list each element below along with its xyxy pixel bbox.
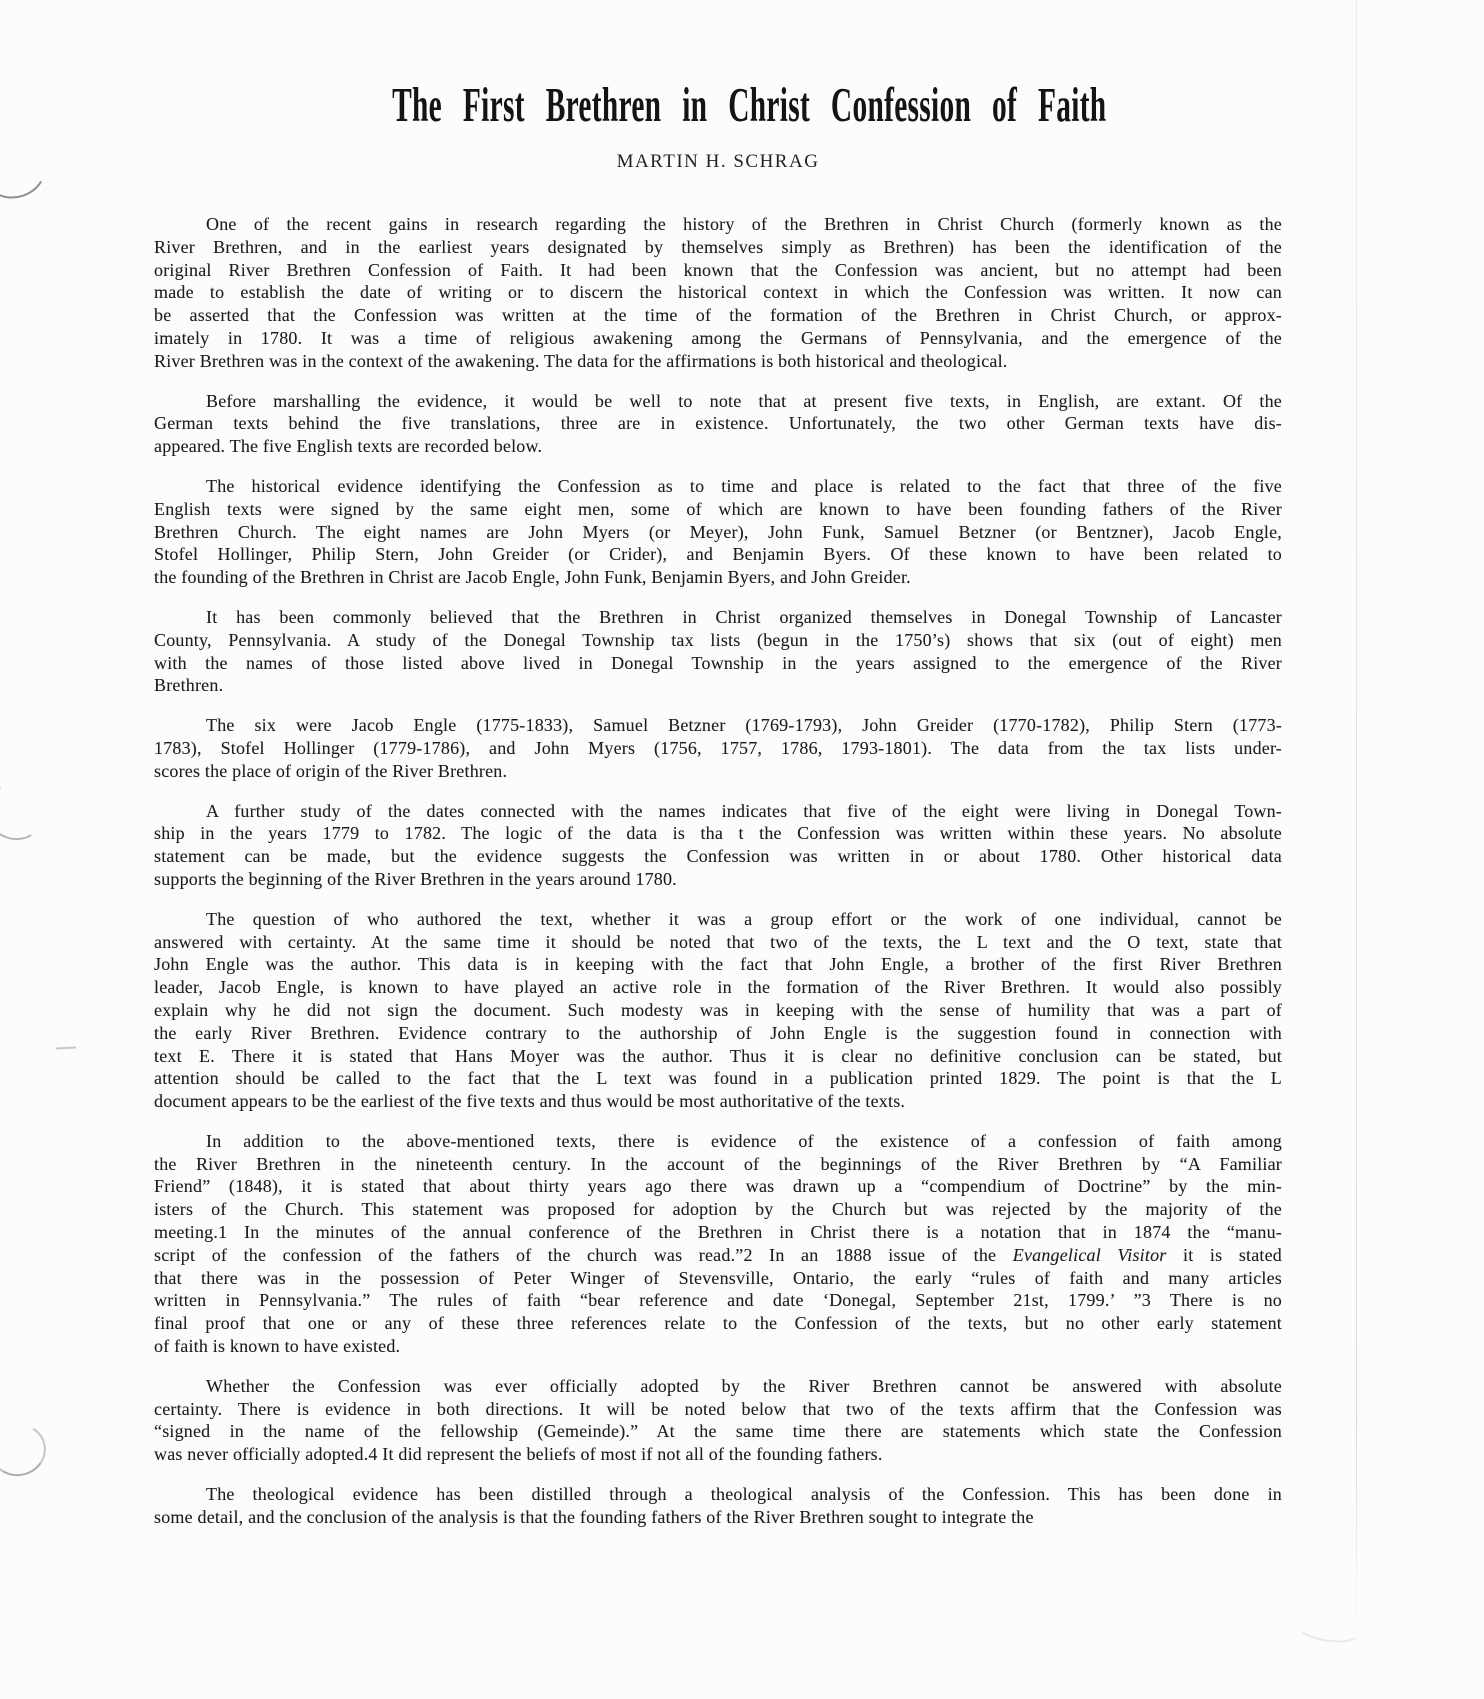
text-line: written in Pennsylvania.” The rules of f… <box>154 1289 1282 1312</box>
text-line: was never officially adopted.4 It did re… <box>154 1443 1282 1466</box>
text-line: German texts behind the five translation… <box>154 412 1282 435</box>
text-line: The six were Jacob Engle (1775-1833), Sa… <box>154 714 1282 737</box>
text-line: English texts were signed by the same ei… <box>154 498 1282 521</box>
paragraph: Before marshalling the evidence, it woul… <box>154 390 1282 458</box>
text-line: explain why he did not sign the document… <box>154 999 1282 1022</box>
author-name: MARTIN H. SCHRAG <box>154 151 1282 173</box>
text-line: the early River Brethren. Evidence contr… <box>154 1022 1282 1045</box>
text-line: the River Brethren in the nineteenth cen… <box>154 1153 1282 1176</box>
italic-text: Evangelical Visitor <box>1013 1245 1167 1265</box>
text-line: be asserted that the Confession was writ… <box>154 304 1282 327</box>
paragraph: A further study of the dates connected w… <box>154 800 1282 891</box>
page-crease-line <box>1356 0 1357 1620</box>
text-line: One of the recent gains in research rega… <box>154 213 1282 236</box>
text-line: certainty. There is evidence in both dir… <box>154 1398 1282 1421</box>
text-line: attention should be called to the fact t… <box>154 1067 1282 1090</box>
text-line: Brethren Church. The eight names are Joh… <box>154 521 1282 544</box>
text-line: Friend” (1848), it is stated that about … <box>154 1175 1282 1198</box>
text-line: A further study of the dates connected w… <box>154 800 1282 823</box>
text-line: statement can be made, but the evidence … <box>154 845 1282 868</box>
text-line: County, Pennsylvania. A study of the Don… <box>154 629 1282 652</box>
page-crease-curl <box>1294 1608 1365 1646</box>
text-line: ship in the years 1779 to 1782. The logi… <box>154 822 1282 845</box>
paragraph: It has been commonly believed that the B… <box>154 606 1282 697</box>
scan-mark-left-middle-icon <box>0 776 52 847</box>
text-line: The question of who authored the text, w… <box>154 908 1282 931</box>
paragraph: The theological evidence has been distil… <box>154 1483 1282 1529</box>
text-line: 1783), Stofel Hollinger (1779-1786), and… <box>154 737 1282 760</box>
plain-text: it is stated <box>1167 1245 1283 1265</box>
text-line: made to establish the date of writing or… <box>154 281 1282 304</box>
paragraph: The question of who authored the text, w… <box>154 908 1282 1113</box>
text-line: scores the place of origin of the River … <box>154 760 1282 783</box>
text-line: The theological evidence has been distil… <box>154 1483 1282 1506</box>
document-page: The First Brethren in Christ Confession … <box>0 0 1484 1699</box>
text-line: Stofel Hollinger, Philip Stern, John Gre… <box>154 543 1282 566</box>
text-line: It has been commonly believed that the B… <box>154 606 1282 629</box>
text-line: original River Brethren Confession of Fa… <box>154 259 1282 282</box>
text-line: leader, Jacob Engle, is known to have pl… <box>154 976 1282 999</box>
text-line: River Brethren, and in the earliest year… <box>154 236 1282 259</box>
article-body: One of the recent gains in research rega… <box>154 213 1282 1546</box>
text-line: imately in 1780. It was a time of religi… <box>154 327 1282 350</box>
scan-mark-top-left-icon <box>0 138 53 207</box>
text-line: Brethren. <box>154 674 1282 697</box>
text-line: In addition to the above-mentioned texts… <box>154 1130 1282 1153</box>
text-line: document appears to be the earliest of t… <box>154 1090 1282 1113</box>
text-line: script of the confession of the fathers … <box>154 1244 1282 1267</box>
paragraph: The six were Jacob Engle (1775-1833), Sa… <box>154 714 1282 782</box>
paragraph: In addition to the above-mentioned texts… <box>154 1130 1282 1358</box>
text-line: supports the beginning of the River Bret… <box>154 868 1282 891</box>
page-title: The First Brethren in Christ Confession … <box>154 76 1282 133</box>
text-line: of faith is known to have existed. <box>154 1335 1282 1358</box>
text-line: answered with certainty. At the same tim… <box>154 931 1282 954</box>
text-line: with the names of those listed above liv… <box>154 652 1282 675</box>
scan-mark-dash-icon <box>56 1046 76 1049</box>
paragraph: The historical evidence identifying the … <box>154 475 1282 589</box>
plain-text: script of the confession of the fathers … <box>154 1245 1013 1265</box>
text-line: meeting.1 In the minutes of the annual c… <box>154 1221 1282 1244</box>
scan-mark-left-lower-icon <box>0 1419 51 1482</box>
text-line: River Brethren was in the context of the… <box>154 350 1282 373</box>
text-line: isters of the Church. This statement was… <box>154 1198 1282 1221</box>
text-line: appeared. The five English texts are rec… <box>154 435 1282 458</box>
paragraph: One of the recent gains in research rega… <box>154 213 1282 373</box>
text-line: text E. There it is stated that Hans Moy… <box>154 1045 1282 1068</box>
text-line: that there was in the possession of Pete… <box>154 1267 1282 1290</box>
text-line: the founding of the Brethren in Christ a… <box>154 566 1282 589</box>
text-line: John Engle was the author. This data is … <box>154 953 1282 976</box>
text-line: The historical evidence identifying the … <box>154 475 1282 498</box>
text-line: “signed in the name of the fellowship (G… <box>154 1420 1282 1443</box>
page-title-text: The First Brethren in Christ Confession … <box>392 76 1106 133</box>
text-line: some detail, and the conclusion of the a… <box>154 1506 1282 1529</box>
text-line: Before marshalling the evidence, it woul… <box>154 390 1282 413</box>
text-line: final proof that one or any of these thr… <box>154 1312 1282 1335</box>
text-line: Whether the Confession was ever official… <box>154 1375 1282 1398</box>
paragraph: Whether the Confession was ever official… <box>154 1375 1282 1466</box>
